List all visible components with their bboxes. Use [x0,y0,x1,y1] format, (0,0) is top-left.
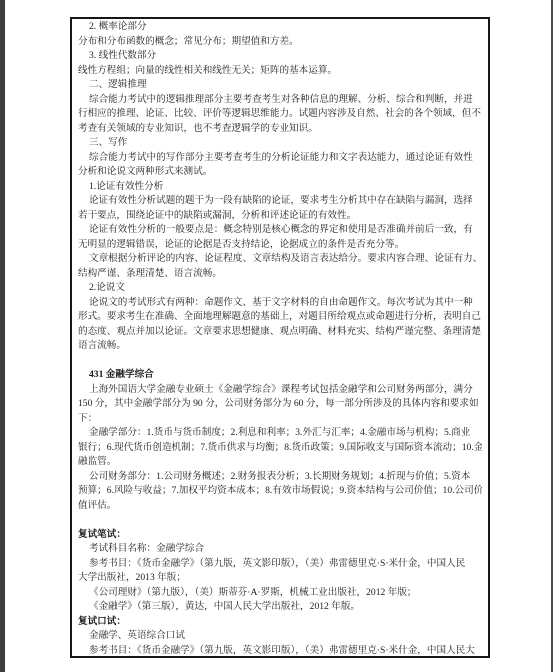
document-text-box: 2. 概率论部分分布和分布函数的概念；常见分布；期望值和方差。3. 线性代数部分… [70,17,490,658]
text-line: 二、逻辑推理 [78,78,482,93]
text-line: 行相应的推理、论证、比较、评价等逻辑思维能力。试题内容涉及自然、社会的各个领域，… [78,107,482,122]
text-line: 《金融学》（第三版），黄达，中国人民大学出版社，2012 年版。 [78,600,482,615]
text-line: 3. 线性代数部分 [78,49,482,64]
text-line: 分布和分布函数的概念；常见分布；期望值和方差。 [78,35,482,50]
text-line: 的态度、观点并加以论证。文章要求思想健康、观点明确、材料充实、结构严谨完整、条理… [78,325,482,340]
text-line: 文章根据分析评论的内容、论证程度、文章结构及语言表达给分。要求内容合理、论证有力… [78,252,482,267]
text-line: 150 分，其中金融学部分为 90 分，公司财务部分为 60 分，每一部分所涉及… [78,397,482,412]
text-line: 1.论证有效性分析 [78,180,482,195]
text-line: 若干要点，围绕论证中的缺陷或漏洞，分析和评述论证的有效性。 [78,209,482,224]
text-line: 结构严谨、条理清楚、语言流畅。 [78,267,482,282]
text-line: 值评估。 [78,499,482,514]
text-line: 复试笔试： [78,528,482,543]
text-line: 公司财务部分：1.公司财务概述；2.财务报表分析；3.长期财务规划；4.折现与价… [78,470,482,485]
text-line: 《公司理财》（第九版），（美）斯蒂芬·A·罗斯，机械工业出版社，2012 年版； [78,586,482,601]
text-line: 线性方程组；向量的线性相关和线性无关；矩阵的基本运算。 [78,64,482,79]
text-line: 三、写作 [78,136,482,151]
text-line: 考试科目名称：金融学综合 [78,542,482,557]
text-line: 大学出版社，2013 年版； [78,571,482,586]
text-line: 考查有关领域的专业知识，也不考查逻辑学的专业知识。 [78,122,482,137]
text-line: 2. 概率论部分 [78,20,482,35]
text-line: 预算；6.风险与收益；7.加权平均资本成本；8.有效市场假说；9.资本结构与公司… [78,484,482,499]
text-line: 上海外国语大学金融专业硕士《金融学综合》课程考试包括金融学和公司财务两部分，满分 [78,383,482,398]
text-line: 2.论说文 [78,281,482,296]
text-line: 参考书目：《货币金融学》（第九版，英文影印版），（美）弗雷德里克·S·米什金，中… [78,557,482,572]
text-line: 论说文的考试形式有两种：命题作文、基于文字材料的自由命题作文。每次考试为其中一种 [78,296,482,311]
text-line: 下： [78,412,482,427]
text-line: 银行；6.现代货币创造机制；7.货币供求与均衡；8.货币政策；9.国际收支与国际… [78,441,482,456]
scan-edge-left [0,0,5,672]
text-line: 综合能力考试中的逻辑推理部分主要考查考生对各种信息的理解、分析、综合和判断，并进 [78,93,482,108]
text-line: 参考书目：《货币金融学》（第九版，英文影印版），（美）弗雷德里克·S·米什金，中… [78,644,482,659]
blank-line [78,513,482,528]
blank-line [78,354,482,369]
text-line: 形式。要求考生在准确、全面地理解题意的基础上，对题目所给观点或命题进行分析，表明… [78,310,482,325]
text-line: 综合能力考试中的写作部分主要考查考生的分析论证能力和文字表达能力，通过论证有效性 [78,151,482,166]
text-line: 语言流畅。 [78,339,482,354]
text-line: 论证有效性分析的一般要点是：概念特别是核心概念的界定和使用是否准确并前后一致，有 [78,223,482,238]
text-line: 金融学、英语综合口试 [78,629,482,644]
text-line: 论证有效性分析试题的题干为一段有缺陷的论证，要求考生分析其中存在缺陷与漏洞，选择 [78,194,482,209]
text-line: 金融学部分：1.货币与货币制度；2.利息和利率；3.外汇与汇率；4.金融市场与机… [78,426,482,441]
text-line: 复试口试： [78,615,482,630]
text-line: 分析和论说文两种形式来测试。 [78,165,482,180]
scan-edge-right [551,0,553,672]
text-line: 无明显的逻辑错误，论证的论据是否支持结论，论据成立的条件是否充分等。 [78,238,482,253]
text-line: 融监管。 [78,455,482,470]
text-line: 431 金融学综合 [78,368,482,383]
